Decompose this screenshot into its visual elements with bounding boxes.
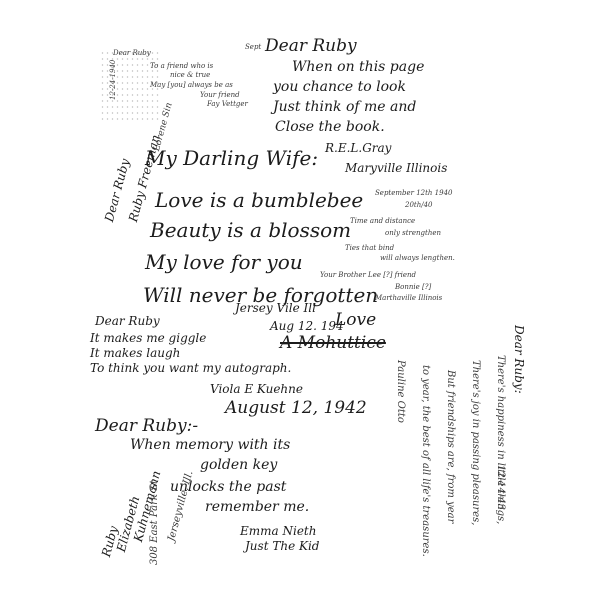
jersey-love: Love xyxy=(335,312,376,329)
side-note-line-5: Your Brother Lee [?] friend xyxy=(320,272,416,279)
memory-signature: Emma Nieth xyxy=(240,525,316,537)
side-note-line-1: Time and distance xyxy=(350,218,415,225)
memory-line-4: remember me. xyxy=(205,500,309,514)
side-note-line-3: Ties that bind xyxy=(345,245,394,252)
right-date: 12-14-43 xyxy=(495,465,505,510)
poem-signature-scribble: R.E.L.Gray xyxy=(325,142,391,154)
note-date-vertical: 12-24-1940 xyxy=(110,60,117,100)
jersey-place: Jersey Vile Ill xyxy=(235,302,316,314)
note-line-2: nice & true xyxy=(170,72,210,79)
handwritten-document: Sept Dear Ruby When on this page you cha… xyxy=(95,40,525,570)
side-note-line-2: only strengthen xyxy=(385,230,441,237)
address-line-4: 308 East Park St xyxy=(150,480,160,565)
note-line-1: To a friend who is xyxy=(150,63,213,70)
memory-signature-2: Just The Kid xyxy=(245,540,319,552)
autograph-line-1: It makes me giggle xyxy=(90,332,206,344)
letter-salutation: Dear Ruby xyxy=(265,38,357,55)
autograph-line-3: To think you want my autograph. xyxy=(90,362,291,374)
note-line-3: May [you] always be as xyxy=(150,82,233,89)
memory-salutation: Dear Ruby:- xyxy=(95,418,198,435)
poem-line-1: Love is a bumblebee xyxy=(155,190,363,210)
memory-date: August 12, 1942 xyxy=(225,400,367,417)
autograph-line-2: It makes laugh xyxy=(90,347,180,359)
autograph-signature: Viola E Kuehne xyxy=(210,383,303,395)
letter-line-2: you chance to look xyxy=(273,80,406,94)
poem-line-2: Beauty is a blossom xyxy=(150,220,351,240)
jersey-signature: A Mohuttice xyxy=(280,335,386,352)
side-note-line-4: will always lengthen. xyxy=(380,255,455,262)
letter-line-1: When on this page xyxy=(292,60,424,74)
poem-place: Maryville Illinois xyxy=(345,162,447,174)
side-note-date-2: 20th/40 xyxy=(405,202,433,209)
note-line-5: Fay Vettger xyxy=(207,101,248,108)
letter-line-3: Just think of me and xyxy=(273,100,416,114)
poem-salutation: My Darling Wife: xyxy=(145,148,318,168)
right-line-2: There's joy in passing pleasures, xyxy=(470,360,480,525)
right-signature: Pauline Otto xyxy=(395,360,405,423)
jersey-date: Aug 12. 194 xyxy=(270,320,344,332)
right-line-3: But friendships are, from year xyxy=(445,370,455,523)
letter-line-4: Close the book. xyxy=(275,120,385,134)
autograph-salutation: Dear Ruby xyxy=(95,315,160,327)
right-line-4: to year, the best of all life's treasure… xyxy=(420,365,430,557)
side-note-line-6: Bonnie [?] xyxy=(395,284,431,291)
note-line-4: Your friend xyxy=(200,92,240,99)
memory-line-2: golden key xyxy=(200,458,277,472)
side-note-line-7: Marthaville Illinois xyxy=(375,295,442,302)
poem-line-3: My love for you xyxy=(145,252,303,272)
note-salutation: Dear Ruby xyxy=(113,50,151,57)
letter-prefix: Sept xyxy=(245,44,261,51)
side-note-date: September 12th 1940 xyxy=(375,190,452,197)
memory-line-1: When memory with its xyxy=(130,438,290,452)
right-salutation: Dear Ruby: xyxy=(513,325,525,394)
